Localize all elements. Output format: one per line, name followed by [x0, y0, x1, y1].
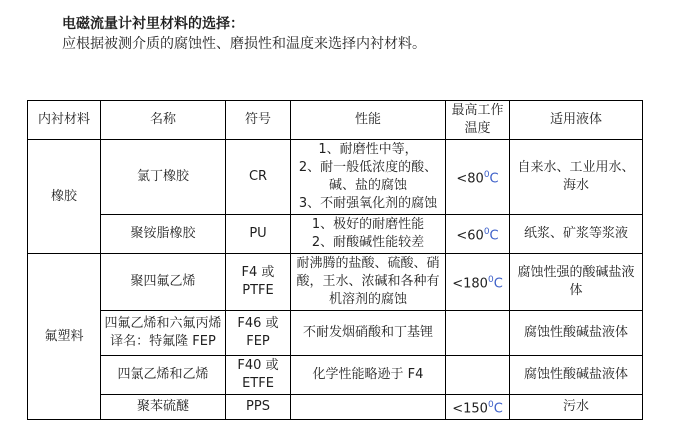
cell-symbol: F46 或 FEP — [226, 311, 291, 356]
cell-name: 聚苯硫醚 — [101, 395, 226, 420]
performance-line: 3、不耐强氧化剂的腐蚀 — [294, 195, 442, 213]
header-performance: 性能 — [291, 101, 446, 140]
table-header-row: 内衬材料 名称 符号 性能 最高工作温度 适用液体 — [28, 101, 643, 140]
page-subtitle: 应根据被测介质的腐蚀性、磨损性和温度来选择内衬材料。 — [62, 34, 426, 54]
symbol-line: ETFE — [229, 375, 287, 393]
cell-max-temp: <1800C — [446, 254, 510, 311]
cell-name: 四氯乙烯和乙烯 — [101, 356, 226, 395]
cell-performance: 1、极好的耐磨性能 2、耐酸碱性能较差 — [291, 215, 446, 254]
temp-unit: C — [494, 401, 503, 416]
cell-performance: 不耐发烟硝酸和丁基锂 — [291, 311, 446, 356]
cell-symbol: PU — [226, 215, 291, 254]
performance-line: 2、耐酸碱性能较差 — [294, 234, 442, 252]
performance-line: 1、极好的耐磨性能 — [294, 216, 442, 234]
temp-value: <80 — [456, 171, 483, 186]
symbol-line: F4 或 — [229, 264, 287, 282]
cell-liquid: 纸浆、矿浆等浆液 — [510, 215, 643, 254]
table-row: 四氯乙烯和乙烯 F40 或 ETFE 化学性能略逊于 F4 腐蚀性酸碱盐液体 — [28, 356, 643, 395]
lining-materials-table: 内衬材料 名称 符号 性能 最高工作温度 适用液体 橡胶 氯丁橡胶 CR 1、耐… — [27, 100, 643, 420]
cell-material-group-fluoroplastic: 氟塑料 — [28, 254, 101, 420]
cell-name: 氯丁橡胶 — [101, 140, 226, 215]
cell-performance: 化学性能略逊于 F4 — [291, 356, 446, 395]
cell-material-group-rubber: 橡胶 — [28, 140, 101, 254]
cell-performance: 1、耐磨性中等， 2、耐一般低浓度的酸、碱、盐的腐蚀 3、不耐强氧化剂的腐蚀 — [291, 140, 446, 215]
cell-name: 聚铵脂橡胶 — [101, 215, 226, 254]
temp-value: <180 — [452, 276, 488, 291]
cell-name: 四氟乙烯和六氟丙烯译名：特氟隆 FEP — [101, 311, 226, 356]
temp-value: <60 — [456, 228, 483, 243]
performance-line: 2、耐一般低浓度的酸、碱、盐的腐蚀 — [294, 159, 442, 195]
temp-unit: C — [490, 171, 499, 186]
cell-liquid: 腐蚀性强的酸碱盐液体 — [510, 254, 643, 311]
cell-liquid: 腐蚀性酸碱盐液体 — [510, 311, 643, 356]
cell-max-temp: <800C — [446, 140, 510, 215]
performance-line: 1、耐磨性中等， — [294, 141, 442, 159]
header-name: 名称 — [101, 101, 226, 140]
cell-max-temp: <600C — [446, 215, 510, 254]
header-max-working-temp: 最高工作温度 — [446, 101, 510, 140]
temp-unit: C — [490, 228, 499, 243]
cell-liquid: 自来水、工业用水、海水 — [510, 140, 643, 215]
table-row: 聚苯硫醚 PPS <1500C 污水 — [28, 395, 643, 420]
cell-performance — [291, 395, 446, 420]
cell-name: 聚四氟乙烯 — [101, 254, 226, 311]
table-row: 氟塑料 聚四氟乙烯 F4 或 PTFE 耐沸腾的盐酸、硫酸、硝酸，王水、浓碱和各… — [28, 254, 643, 311]
cell-max-temp — [446, 311, 510, 356]
cell-symbol: CR — [226, 140, 291, 215]
symbol-line: F46 或 — [229, 315, 287, 333]
page-title: 电磁流量计衬里材料的选择： — [62, 14, 426, 34]
table-row: 四氟乙烯和六氟丙烯译名：特氟隆 FEP F46 或 FEP 不耐发烟硝酸和丁基锂… — [28, 311, 643, 356]
temp-value: <150 — [452, 401, 488, 416]
header-lining-material: 内衬材料 — [28, 101, 101, 140]
symbol-line: FEP — [229, 333, 287, 351]
symbol-line: F40 或 — [229, 357, 287, 375]
cell-symbol: F40 或 ETFE — [226, 356, 291, 395]
header-symbol: 符号 — [226, 101, 291, 140]
header-applicable-liquid: 适用液体 — [510, 101, 643, 140]
cell-performance: 耐沸腾的盐酸、硫酸、硝酸，王水、浓碱和各种有机溶剂的腐蚀 — [291, 254, 446, 311]
cell-max-temp — [446, 356, 510, 395]
cell-liquid: 腐蚀性酸碱盐液体 — [510, 356, 643, 395]
symbol-line: PTFE — [229, 282, 287, 300]
table-row: 聚铵脂橡胶 PU 1、极好的耐磨性能 2、耐酸碱性能较差 <600C 纸浆、矿浆… — [28, 215, 643, 254]
cell-max-temp: <1500C — [446, 395, 510, 420]
cell-symbol: PPS — [226, 395, 291, 420]
title-block: 电磁流量计衬里材料的选择： 应根据被测介质的腐蚀性、磨损性和温度来选择内衬材料。 — [62, 14, 426, 54]
cell-liquid: 污水 — [510, 395, 643, 420]
temp-unit: C — [494, 276, 503, 291]
cell-symbol: F4 或 PTFE — [226, 254, 291, 311]
table-row: 橡胶 氯丁橡胶 CR 1、耐磨性中等， 2、耐一般低浓度的酸、碱、盐的腐蚀 3、… — [28, 140, 643, 215]
